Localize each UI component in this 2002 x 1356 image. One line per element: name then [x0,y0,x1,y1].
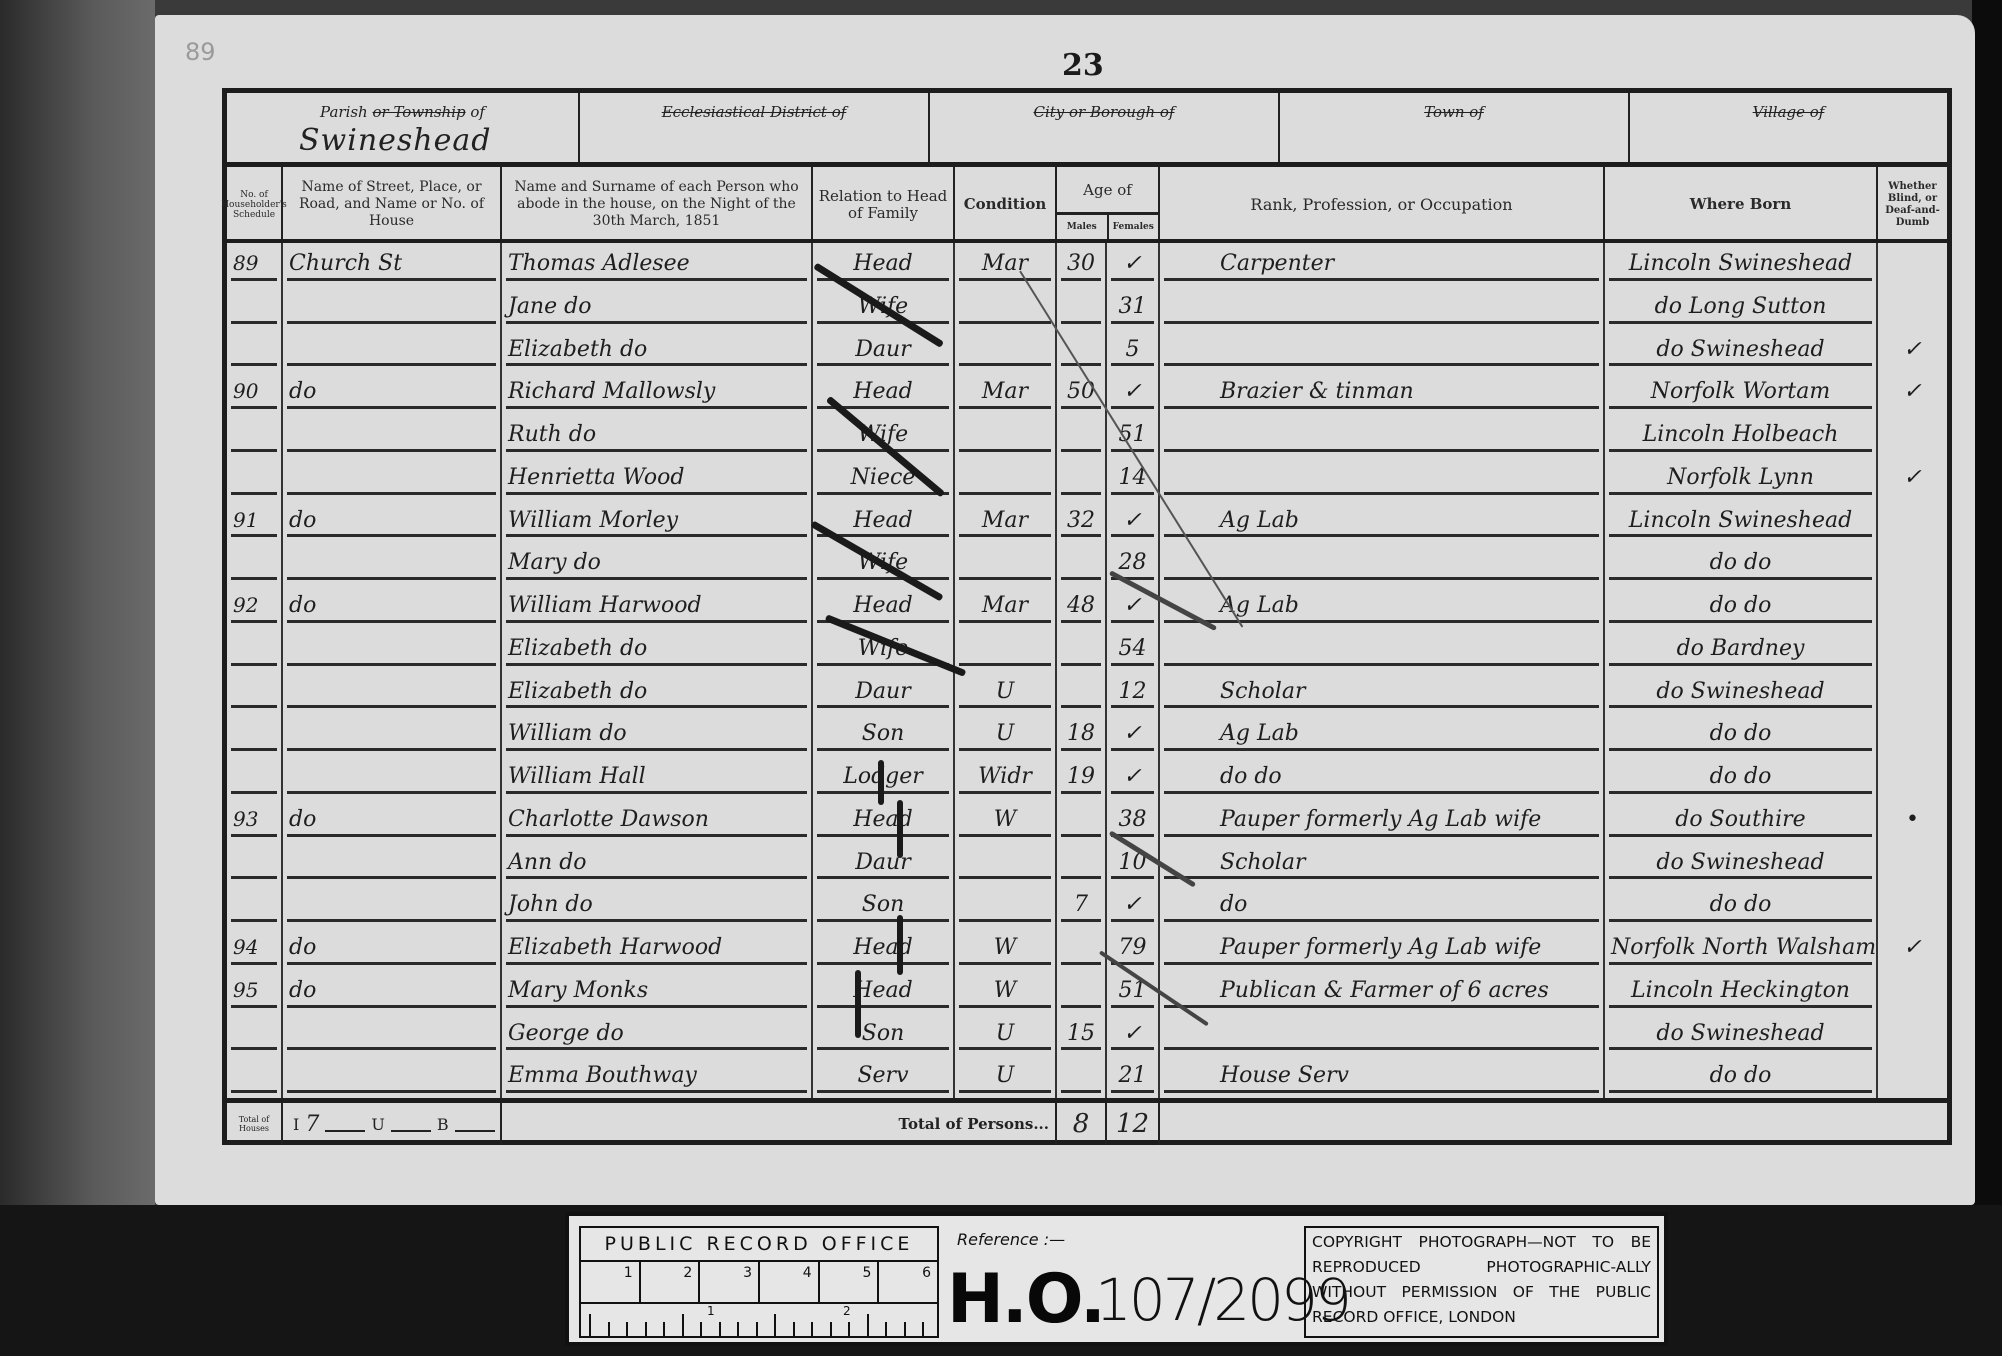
table-row: Henrietta WoodNiece14Norfolk Lynn✓ [227,457,1947,500]
age-female-cell: ✓ [1107,1013,1160,1056]
table-row: 95doMary MonksHeadW51Publican & Farmer o… [227,970,1947,1013]
blind-deaf-cell [1878,842,1947,885]
street-name-cell [283,329,502,372]
schedule-number-cell [227,1013,283,1056]
age-male-cell [1057,414,1107,457]
age-male-cell [1057,628,1107,671]
col-relation-header: Relation to Head of Family [813,167,955,242]
age-male-cell: 15 [1057,1013,1107,1056]
where-born-cell: do Swineshead [1605,671,1878,714]
schedule-number-cell [227,286,283,329]
age-male-cell [1057,970,1107,1013]
relation-cell: Son [813,1013,955,1056]
condition-cell: U [955,1013,1057,1056]
person-name-cell: William do [502,713,813,756]
schedule-number-cell: 89 [227,243,283,286]
street-name-cell: do [283,927,502,970]
schedule-number-cell [227,329,283,372]
occupation-cell: Scholar [1160,842,1605,885]
pro-reference-stamp: PUBLIC RECORD OFFICE 1 2 3 4 5 6 1 2 Ref… [565,1212,1668,1346]
condition-cell: U [955,713,1057,756]
where-born-cell: do do [1605,542,1878,585]
street-name-cell: do [283,585,502,628]
age-female-cell: ✓ [1107,756,1160,799]
relation-cell: Head [813,970,955,1013]
where-born-cell: do Long Sutton [1605,286,1878,329]
relation-cell: Son [813,884,955,927]
street-name-cell [283,414,502,457]
blind-deaf-cell [1878,243,1947,286]
where-born-cell: Norfolk Wortam [1605,371,1878,414]
condition-cell [955,329,1057,372]
street-name-cell [283,842,502,885]
person-name-cell: Jane do [502,286,813,329]
person-name-cell: William Harwood [502,585,813,628]
age-male-cell: 48 [1057,585,1107,628]
age-female-cell: ✓ [1107,713,1160,756]
age-male-cell: 18 [1057,713,1107,756]
person-name-cell: Henrietta Wood [502,457,813,500]
condition-cell: W [955,927,1057,970]
person-name-cell: Ruth do [502,414,813,457]
houses-count: I 7 U B [283,1103,502,1145]
street-name-cell [283,542,502,585]
occupation-cell: House Serv [1160,1055,1605,1098]
scan-right-margin [1972,0,2002,1356]
blind-deaf-cell [1878,414,1947,457]
where-born-cell: do Southire [1605,799,1878,842]
table-row: Emma BouthwayServU21House Servdo do [227,1055,1947,1098]
col-occupation-header: Rank, Profession, or Occupation [1160,167,1605,242]
where-born-cell: Lincoln Heckington [1605,970,1878,1013]
col-age-header: Age of Males Females [1057,167,1160,242]
census-table: Parish or Township of Swineshead Ecclesi… [222,88,1952,1145]
where-born-cell: Norfolk North Walsham [1605,927,1878,970]
schedule-number-cell [227,1055,283,1098]
blind-deaf-cell [1878,756,1947,799]
age-male-cell: 32 [1057,500,1107,543]
condition-cell: W [955,970,1057,1013]
relation-cell: Head [813,927,955,970]
age-female-cell: ✓ [1107,884,1160,927]
blind-deaf-cell [1878,542,1947,585]
table-row: William HallLodgerWidr19✓do dodo do [227,756,1947,799]
person-name-cell: Emma Bouthway [502,1055,813,1098]
condition-cell: Mar [955,371,1057,414]
street-name-cell [283,884,502,927]
schedule-number-cell: 95 [227,970,283,1013]
schedule-number-cell [227,628,283,671]
schedule-number-cell: 90 [227,371,283,414]
where-born-cell: do do [1605,756,1878,799]
condition-cell: Widr [955,756,1057,799]
where-born-cell: Norfolk Lynn [1605,457,1878,500]
person-name-cell: Mary Monks [502,970,813,1013]
blind-deaf-cell [1878,713,1947,756]
street-name-cell: do [283,371,502,414]
age-male-cell: 19 [1057,756,1107,799]
person-name-cell: John do [502,884,813,927]
person-name-cell: William Morley [502,500,813,543]
parish-field: Parish or Township of Swineshead [227,93,580,162]
ruler-cm: 1 2 [581,1304,937,1340]
person-name-cell: George do [502,1013,813,1056]
blind-deaf-cell [1878,585,1947,628]
table-row: John doSon7✓dodo do [227,884,1947,927]
age-male-cell [1057,842,1107,885]
street-name-cell: do [283,970,502,1013]
age-male-cell [1057,286,1107,329]
occupation-cell: Pauper formerly Ag Lab wife [1160,799,1605,842]
age-male-cell: 7 [1057,884,1107,927]
schedule-number-cell: 91 [227,500,283,543]
blind-deaf-cell: • [1878,799,1947,842]
where-born-cell: do Swineshead [1605,1013,1878,1056]
blind-deaf-cell: ✓ [1878,371,1947,414]
occupation-cell: Ag Lab [1160,713,1605,756]
age-female-cell: ✓ [1107,500,1160,543]
city-borough-field: City or Borough of [930,93,1280,162]
table-row: 93doCharlotte DawsonHeadW38Pauper former… [227,799,1947,842]
total-persons-label: Total of Persons... [502,1103,1057,1145]
schedule-number-cell: 94 [227,927,283,970]
condition-cell: U [955,1055,1057,1098]
table-row: 94doElizabeth HarwoodHeadW79Pauper forme… [227,927,1947,970]
table-row: George doSonU15✓do Swineshead [227,1013,1947,1056]
person-name-cell: Charlotte Dawson [502,799,813,842]
age-male-cell: 30 [1057,243,1107,286]
total-males: 8 [1057,1103,1107,1145]
age-male-cell [1057,542,1107,585]
person-name-cell: Mary do [502,542,813,585]
condition-cell [955,457,1057,500]
schedule-number-cell [227,756,283,799]
table-row: 89Church StThomas AdleseeHeadMar30✓Carpe… [227,243,1947,286]
condition-cell [955,628,1057,671]
table-row: Jane doWife31do Long Sutton [227,286,1947,329]
age-female-cell: ✓ [1107,371,1160,414]
schedule-number-cell [227,842,283,885]
street-name-cell [283,713,502,756]
condition-cell [955,542,1057,585]
occupation-cell: Carpenter [1160,243,1605,286]
schedule-number-cell [227,884,283,927]
relation-cell: Serv [813,1055,955,1098]
occupation-cell: Scholar [1160,671,1605,714]
table-row: Elizabeth doDaurU12Scholardo Swineshead [227,671,1947,714]
person-name-cell: Ann do [502,842,813,885]
where-born-cell: do do [1605,585,1878,628]
tally-stroke [878,760,884,805]
col-name-header: Name and Surname of each Person who abod… [502,167,813,242]
age-male-cell [1057,671,1107,714]
age-females-header: Females [1109,215,1159,241]
age-male-cell [1057,457,1107,500]
where-born-cell: Lincoln Swineshead [1605,243,1878,286]
age-female-cell: 54 [1107,628,1160,671]
where-born-cell: do do [1605,713,1878,756]
tally-stroke [897,915,903,975]
condition-cell: Mar [955,243,1057,286]
age-female-cell: 12 [1107,671,1160,714]
table-row: William doSonU18✓Ag Labdo do [227,713,1947,756]
age-female-cell: 28 [1107,542,1160,585]
blind-deaf-cell [1878,884,1947,927]
relation-cell: Daur [813,842,955,885]
street-name-cell [283,628,502,671]
age-female-cell: 31 [1107,286,1160,329]
col-blind-header: Whether Blind, or Deaf-and-Dumb [1878,167,1947,242]
person-name-cell: Elizabeth do [502,628,813,671]
street-name-cell [283,756,502,799]
tally-stroke [897,800,903,858]
occupation-cell [1160,286,1605,329]
relation-cell: Son [813,713,955,756]
occupation-cell [1160,457,1605,500]
occupation-cell: Brazier & tinman [1160,371,1605,414]
town-field: Town of [1280,93,1630,162]
where-born-cell: do do [1605,1055,1878,1098]
totals-row: Total of Houses I 7 U B Total of Persons… [227,1098,1947,1145]
table-row: Mary doWife28do do [227,542,1947,585]
table-row: 91doWilliam MorleyHeadMar32✓Ag LabLincol… [227,500,1947,543]
occupation-cell: Publican & Farmer of 6 acres [1160,970,1605,1013]
where-born-cell: do Bardney [1605,628,1878,671]
occupation-cell [1160,542,1605,585]
reference-series: H.O. [947,1260,1104,1339]
table-row: Elizabeth doDaur5do Swineshead✓ [227,329,1947,372]
blind-deaf-cell [1878,970,1947,1013]
village-field: Village of [1630,93,1947,162]
age-males-header: Males [1057,215,1109,241]
occupation-cell: Ag Lab [1160,500,1605,543]
relation-cell: Daur [813,671,955,714]
condition-cell [955,414,1057,457]
condition-cell [955,842,1057,885]
table-row: Ann doDaur10Scholardo Swineshead [227,842,1947,885]
blind-deaf-cell [1878,628,1947,671]
street-name-cell [283,286,502,329]
blind-deaf-cell: ✓ [1878,927,1947,970]
relation-cell: Head [813,799,955,842]
occupation-cell [1160,414,1605,457]
parish-value: Swineshead [299,123,491,158]
person-name-cell: Elizabeth Harwood [502,927,813,970]
age-female-cell: ✓ [1107,243,1160,286]
occupation-cell [1160,1013,1605,1056]
occupation-cell: Ag Lab [1160,585,1605,628]
age-title: Age of [1057,169,1158,215]
col-where-born-header: Where Born [1605,167,1878,242]
reference-block: Reference :— H.O. 107/2099 [945,1226,1300,1338]
schedule-number-cell: 93 [227,799,283,842]
age-male-cell [1057,799,1107,842]
street-name-cell [283,1013,502,1056]
ruler-inches: 1 2 3 4 5 6 [581,1262,937,1304]
col-street-header: Name of Street, Place, or Road, and Name… [283,167,502,242]
age-female-cell: 21 [1107,1055,1160,1098]
schedule-number-cell [227,671,283,714]
occupation-cell [1160,329,1605,372]
street-name-cell [283,457,502,500]
condition-cell: W [955,799,1057,842]
table-row: 92doWilliam HarwoodHeadMar48✓Ag Labdo do [227,585,1947,628]
table-row: Ruth doWife51Lincoln Holbeach [227,414,1947,457]
inhabited-value: 7 [305,1112,319,1137]
age-male-cell [1057,329,1107,372]
schedule-number-cell: 92 [227,585,283,628]
where-born-cell: Lincoln Swineshead [1605,500,1878,543]
reference-label: Reference :— [957,1230,1065,1249]
age-male-cell: 50 [1057,371,1107,414]
occupation-cell: Pauper formerly Ag Lab wife [1160,927,1605,970]
person-name-cell: Elizabeth do [502,329,813,372]
scan-left-margin [0,0,155,1356]
street-name-cell: do [283,799,502,842]
margin-pencil-mark: 89 [185,38,216,66]
copyright-notice: COPYRIGHT PHOTOGRAPH—NOT TO BE REPRODUCE… [1304,1226,1659,1338]
schedule-number-cell [227,542,283,585]
blind-deaf-cell: ✓ [1878,329,1947,372]
schedule-number-cell [227,414,283,457]
person-name-cell: Richard Mallowsly [502,371,813,414]
blind-deaf-cell [1878,1013,1947,1056]
pro-title: PUBLIC RECORD OFFICE [581,1228,937,1262]
where-born-cell: Lincoln Holbeach [1605,414,1878,457]
location-header: Parish or Township of Swineshead Ecclesi… [227,93,1947,167]
total-houses-label: Total of Houses [227,1103,283,1145]
condition-cell: Mar [955,500,1057,543]
person-name-cell: Thomas Adlesee [502,243,813,286]
col-condition-header: Condition [955,167,1057,242]
tally-stroke [855,970,861,1038]
occupation-cell: do [1160,884,1605,927]
where-born-cell: do do [1605,884,1878,927]
total-females: 12 [1107,1103,1160,1145]
blind-deaf-cell: ✓ [1878,457,1947,500]
pro-ruler-block: PUBLIC RECORD OFFICE 1 2 3 4 5 6 1 2 [579,1226,939,1338]
schedule-number-cell [227,713,283,756]
col-schedule-header: No. of Householder's Schedule [227,167,283,242]
street-name-cell [283,1055,502,1098]
age-female-cell: 5 [1107,329,1160,372]
relation-cell: Lodger [813,756,955,799]
person-name-cell: William Hall [502,756,813,799]
street-name-cell: Church St [283,243,502,286]
condition-cell: Mar [955,585,1057,628]
blind-deaf-cell [1878,286,1947,329]
person-name-cell: Elizabeth do [502,671,813,714]
occupation-cell [1160,628,1605,671]
blind-deaf-cell [1878,500,1947,543]
street-name-cell [283,671,502,714]
where-born-cell: do Swineshead [1605,842,1878,885]
table-row: Elizabeth doWife54do Bardney [227,628,1947,671]
condition-cell: U [955,671,1057,714]
page-number: 23 [1062,48,1104,83]
relation-cell: Niece [813,457,955,500]
age-male-cell [1057,1055,1107,1098]
blind-deaf-cell [1878,1055,1947,1098]
age-male-cell [1057,927,1107,970]
occupation-cell: do do [1160,756,1605,799]
condition-cell [955,884,1057,927]
ecclesiastical-district-field: Ecclesiastical District of [580,93,930,162]
age-female-cell: 14 [1107,457,1160,500]
schedule-number-cell [227,457,283,500]
street-name-cell: do [283,500,502,543]
blind-deaf-cell [1878,671,1947,714]
where-born-cell: do Swineshead [1605,329,1878,372]
